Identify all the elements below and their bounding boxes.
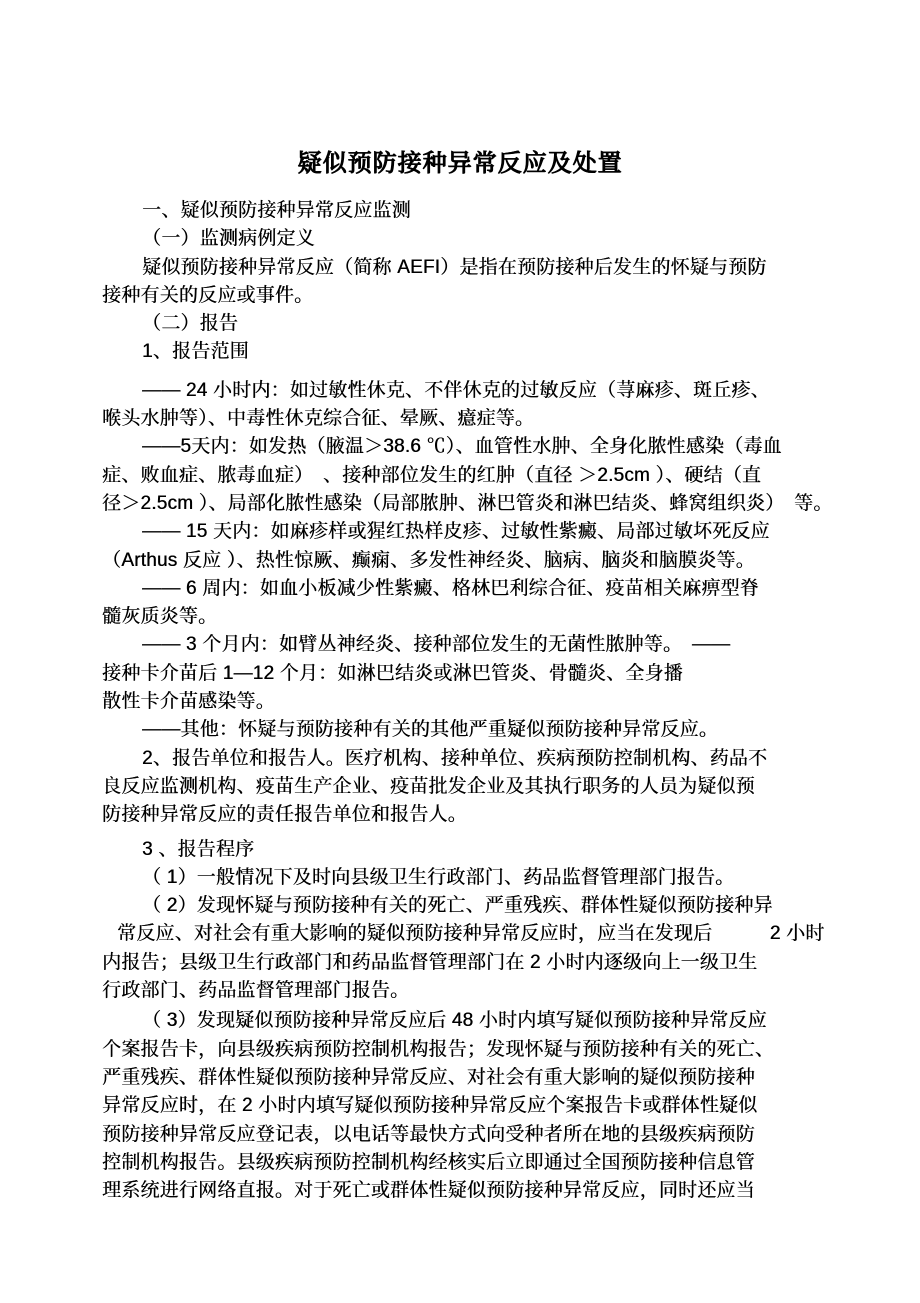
text-line: 1、报告范围 xyxy=(102,338,842,366)
text-line: —— 24 小时内：如过敏性休克、不伴休克的过敏反应（荨麻疹、斑丘疹、 xyxy=(102,377,842,405)
text-line: （ 2）发现怀疑与预防接种有关的死亡、严重残疾、群体性疑似预防接种异 xyxy=(102,892,842,920)
text-line: 疑似预防接种异常反应（简称 AEFI）是指在预防接种后发生的怀疑与预防 xyxy=(102,254,842,282)
text-line: ——5天内：如发热（腋温＞38.6 ℃）、血管性水肿、全身化脓性感染（毒血 xyxy=(102,433,842,461)
text-line: （Arthus 反应 ）、热性惊厥、癫痫、多发性神经炎、脑病、脑炎和脑膜炎等。 xyxy=(102,547,842,575)
text-line: —— 15 天内：如麻疹样或猩红热样皮疹、过敏性紫癜、局部过敏坏死反应 xyxy=(102,518,842,546)
text-line: （ 1）一般情况下及时向县级卫生行政部门、药品监督管理部门报告。 xyxy=(102,864,842,892)
text-line: 防接种异常反应的责任报告单位和报告人。 xyxy=(102,801,842,829)
text-line: 预防接种异常反应登记表，以电话等最快方式向受种者所在地的县级疾病预防 xyxy=(102,1121,842,1149)
text-line: 常反应、对社会有重大影响的疑似预防接种异常反应时，应当在发现后 2 小时 xyxy=(102,920,842,948)
text-line: 控制机构报告。县级疾病预防控制机构经核实后立即通过全国预防接种信息管 xyxy=(102,1149,842,1177)
text-line: —— 6 周内：如血小板减少性紫癜、格林巴利综合征、疫苗相关麻痹型脊 xyxy=(102,575,842,603)
text-line: —— 3 个月内：如臂丛神经炎、接种部位发生的无菌性脓肿等。 —— xyxy=(102,631,842,659)
text-line: 散性卡介苗感染等。 xyxy=(102,688,842,716)
text-line: 症、败血症、脓毒血症） 、接种部位发生的红肿（直径 ＞2.5cm ）、硬结（直 xyxy=(102,462,842,490)
text-line: 异常反应时，在 2 小时内填写疑似预防接种异常反应个案报告卡或群体性疑似 xyxy=(102,1092,842,1120)
text-line: （一）监测病例定义 xyxy=(102,225,842,253)
text-line: 径＞2.5cm ）、局部化脓性感染（局部脓肿、淋巴管炎和淋巴结炎、蜂窝组织炎） … xyxy=(102,490,842,518)
text-line: 3 、报告程序 xyxy=(102,836,842,864)
text-line: 严重残疾、群体性疑似预防接种异常反应、对社会有重大影响的疑似预防接种 xyxy=(102,1064,842,1092)
text-line: 个案报告卡，向县级疾病预防控制机构报告；发现怀疑与预防接种有关的死亡、 xyxy=(102,1036,842,1064)
text-line: （ 3）发现疑似预防接种异常反应后 48 小时内填写疑似预防接种异常反应 xyxy=(102,1007,842,1035)
text-line: 接种有关的反应或事件。 xyxy=(102,282,842,310)
text-line: 行政部门、药品监督管理部门报告。 xyxy=(102,977,842,1005)
text-line: （二）报告 xyxy=(102,310,842,338)
text-line: 一、疑似预防接种异常反应监测 xyxy=(102,197,842,225)
text-line: 内报告；县级卫生行政部门和药品监督管理部门在 2 小时内逐级向上一级卫生 xyxy=(102,949,842,977)
text-line: 喉头水肿等）、中毒性休克综合征、晕厥、癔症等。 xyxy=(102,405,842,433)
text-line: 接种卡介苗后 1—12 个月：如淋巴结炎或淋巴管炎、骨髓炎、全身播 xyxy=(102,660,842,688)
text-line: 2、报告单位和报告人。医疗机构、接种单位、疾病预防控制机构、药品不 xyxy=(102,745,842,773)
document-page: 疑似预防接种异常反应及处置 一、疑似预防接种异常反应监测（一）监测病例定义疑似预… xyxy=(0,0,920,1303)
document-body: 一、疑似预防接种异常反应监测（一）监测病例定义疑似预防接种异常反应（简称 AEF… xyxy=(102,197,842,1205)
text-line: 髓灰质炎等。 xyxy=(102,603,842,631)
text-line: 良反应监测机构、疫苗生产企业、疫苗批发企业及其执行职务的人员为疑似预 xyxy=(102,773,842,801)
text-line: ——其他：怀疑与预防接种有关的其他严重疑似预防接种异常反应。 xyxy=(102,716,842,744)
document-title: 疑似预防接种异常反应及处置 xyxy=(0,143,920,178)
text-line: 理系统进行网络直报。对于死亡或群体性疑似预防接种异常反应，同时还应当 xyxy=(102,1177,842,1205)
